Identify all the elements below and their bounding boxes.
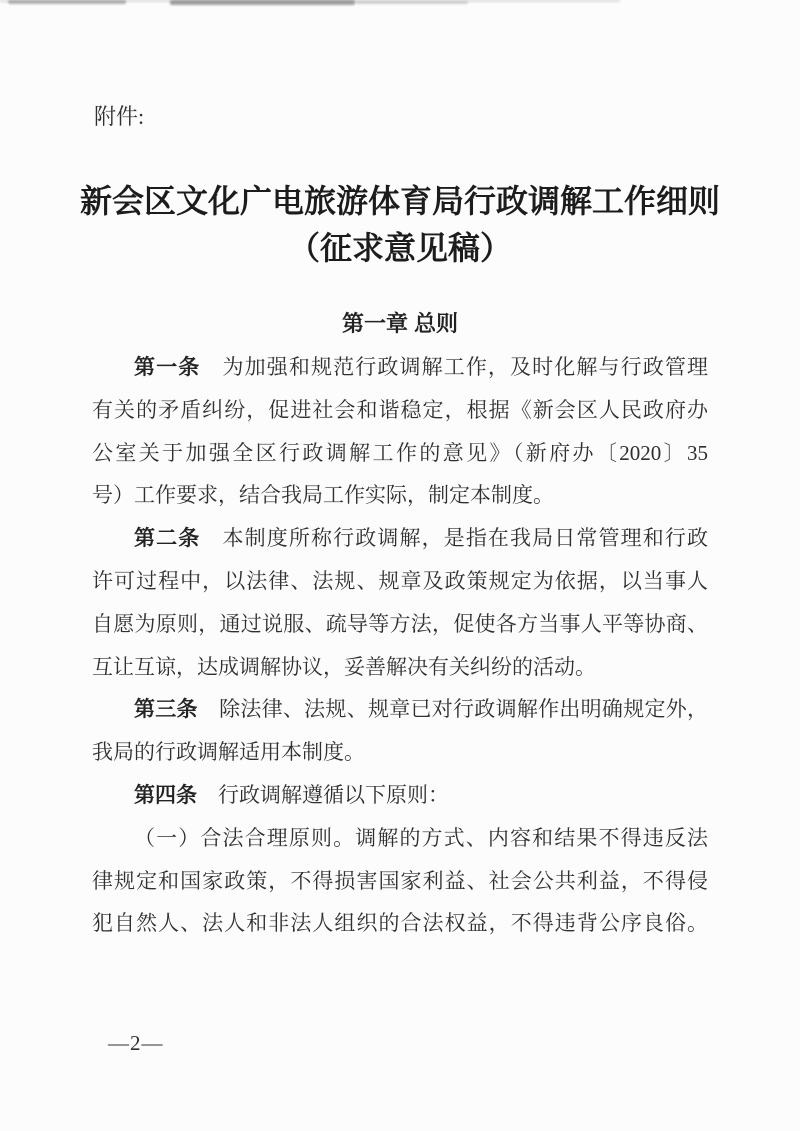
article-2-line: 第二条 本制度所称行政调解，是指在我局日常管理和行政 bbox=[92, 517, 708, 560]
article-3-text: 除法律、法规、规章已对行政调解作出明确规定外， bbox=[198, 697, 708, 721]
article-3-line: 第三条 除法律、法规、规章已对行政调解作出明确规定外， bbox=[92, 688, 708, 731]
article-1-line: 有关的矛盾纠纷，促进社会和谐稳定，根据《新会区人民政府办 bbox=[92, 389, 708, 432]
chapter-heading: 第一章 总则 bbox=[0, 310, 800, 338]
article-1-text: 为加强和规范行政调解工作，及时化解与行政管理 bbox=[200, 355, 708, 379]
article-2-number: 第二条 bbox=[134, 527, 200, 550]
article-3-number: 第三条 bbox=[134, 698, 198, 721]
page-number: —2— bbox=[108, 1031, 164, 1056]
document-body: 第一条 为加强和规范行政调解工作，及时化解与行政管理 有关的矛盾纠纷，促进社会和… bbox=[92, 346, 708, 945]
attachment-label: 附件: bbox=[94, 100, 144, 131]
scan-artifact-streak bbox=[356, 1, 468, 4]
article-2-line: 互让互谅，达成调解协议，妥善解决有关纠纷的活动。 bbox=[92, 646, 708, 689]
article-3-line: 我局的行政调解适用本制度。 bbox=[92, 731, 708, 774]
article-4-line: 第四条 行政调解遵循以下原则： bbox=[92, 774, 708, 817]
article-1-line: 号）工作要求，结合我局工作实际，制定本制度。 bbox=[92, 474, 708, 517]
document-title-line-2: （征求意见稿） bbox=[0, 225, 800, 272]
article-1-line: 公室关于加强全区行政调解工作的意见》（新府办〔2020〕35 bbox=[92, 432, 708, 475]
article-1-line: 第一条 为加强和规范行政调解工作，及时化解与行政管理 bbox=[92, 346, 708, 389]
scan-artifact-streak bbox=[8, 0, 126, 4]
article-4-text: 行政调解遵循以下原则： bbox=[197, 783, 449, 807]
clause-1-line: 犯自然人、法人和非法人组织的合法权益，不得违背公序良俗。 bbox=[92, 902, 708, 945]
clause-1-line: 律规定和国家政策，不得损害国家利益、社会公共利益，不得侵 bbox=[92, 860, 708, 903]
article-2-line: 自愿为原则，通过说服、疏导等方法，促使各方当事人平等协商、 bbox=[92, 603, 708, 646]
scan-artifact-streak bbox=[170, 0, 355, 5]
document-title: 新会区文化广电旅游体育局行政调解工作细则 （征求意见稿） bbox=[0, 178, 800, 272]
scanned-document-page: 附件: 新会区文化广电旅游体育局行政调解工作细则 （征求意见稿） 第一章 总则 … bbox=[0, 0, 800, 1131]
article-2-text: 本制度所称行政调解，是指在我局日常管理和行政 bbox=[200, 526, 708, 550]
article-2-line: 许可过程中，以法律、法规、规章及政策规定为依据，以当事人 bbox=[92, 560, 708, 603]
article-4-number: 第四条 bbox=[134, 784, 197, 807]
clause-1-line: （一）合法合理原则。调解的方式、内容和结果不得违反法 bbox=[92, 817, 708, 860]
document-title-line-1: 新会区文化广电旅游体育局行政调解工作细则 bbox=[0, 178, 800, 225]
article-1-number: 第一条 bbox=[134, 356, 200, 379]
